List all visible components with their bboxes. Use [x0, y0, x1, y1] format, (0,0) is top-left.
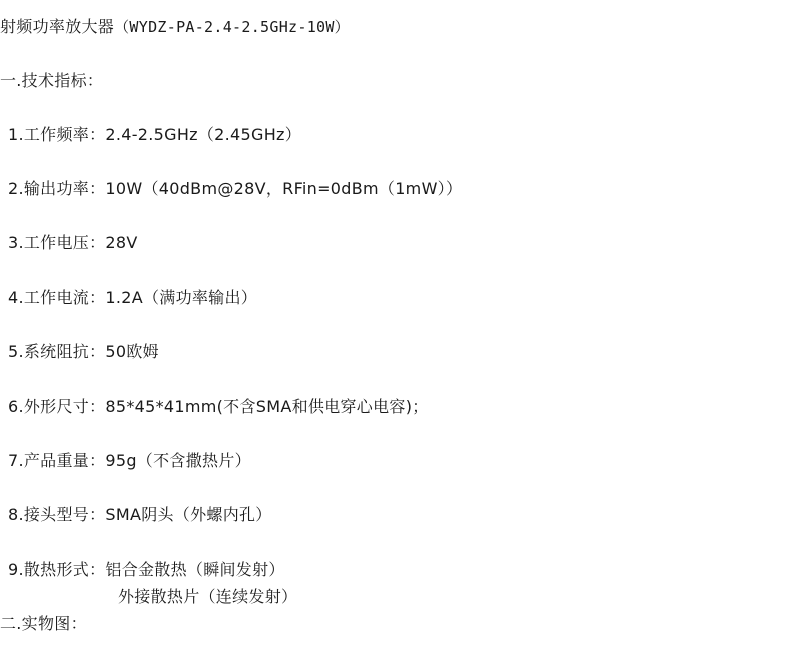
spec-label: 产品重量： — [24, 451, 106, 470]
spec-item-cooling: 9.散热形式：铝合金散热（瞬间发射） — [8, 560, 285, 580]
spec-item-impedance: 5.系统阻抗：50欧姆 — [8, 342, 159, 362]
spec-number: 7. — [8, 451, 24, 470]
spec-number: 1. — [8, 125, 24, 144]
spec-item-frequency: 1.工作频率：2.4-2.5GHz（2.45GHz） — [8, 125, 301, 145]
spec-item-current: 4.工作电流：1.2A（满功率输出） — [8, 288, 257, 308]
spec-number: 5. — [8, 342, 24, 361]
spec-item-voltage: 3.工作电压：28V — [8, 233, 138, 253]
spec-number: 4. — [8, 288, 24, 307]
section-heading-specs: 一.技术指标： — [0, 71, 103, 91]
spec-item-dimensions: 6.外形尺寸：85*45*41mm(不含SMA和供电穿心电容)； — [8, 397, 429, 417]
spec-label: 散热形式： — [24, 560, 106, 579]
title-model-number: （WYDZ-PA-2.4-2.5GHz-10W） — [114, 18, 350, 36]
spec-value: 28V — [105, 233, 137, 252]
spec-value: SMA阴头（外螺内孔） — [105, 505, 271, 524]
spec-label: 工作频率： — [24, 125, 106, 144]
spec-label: 系统阻抗： — [24, 342, 106, 361]
spec-number: 9. — [8, 560, 24, 579]
spec-value: 85*45*41mm(不含SMA和供电穿心电容)； — [105, 397, 428, 416]
spec-value: 50欧姆 — [105, 342, 159, 361]
section-heading-photos: 二.实物图： — [0, 614, 87, 634]
spec-item-connector: 8.接头型号：SMA阴头（外螺内孔） — [8, 505, 272, 525]
spec-label: 接头型号： — [24, 505, 106, 524]
spec-value: 95g（不含撒热片） — [105, 451, 251, 470]
spec-label: 工作电压： — [24, 233, 106, 252]
spec-number: 2. — [8, 179, 24, 198]
spec-item-output-power: 2.输出功率：10W（40dBm@28V，RFin=0dBm（1mW）） — [8, 179, 462, 199]
spec-item-cooling-continuation: 外接散热片（连续发射） — [118, 587, 297, 607]
spec-label: 工作电流： — [24, 288, 106, 307]
spec-value: 10W（40dBm@28V，RFin=0dBm（1mW）） — [105, 179, 462, 198]
spec-number: 6. — [8, 397, 24, 416]
title-product-name: 射频功率放大器 — [0, 17, 114, 36]
spec-item-weight: 7.产品重量：95g（不含撒热片） — [8, 451, 251, 471]
spec-number: 8. — [8, 505, 24, 524]
spec-label: 输出功率： — [24, 179, 106, 198]
spec-value: 铝合金散热（瞬间发射） — [105, 560, 284, 579]
spec-label: 外形尺寸： — [24, 397, 106, 416]
spec-value: 1.2A（满功率输出） — [105, 288, 257, 307]
document-title: 射频功率放大器（WYDZ-PA-2.4-2.5GHz-10W） — [0, 17, 350, 37]
spec-value: 2.4-2.5GHz（2.45GHz） — [105, 125, 301, 144]
spec-number: 3. — [8, 233, 24, 252]
